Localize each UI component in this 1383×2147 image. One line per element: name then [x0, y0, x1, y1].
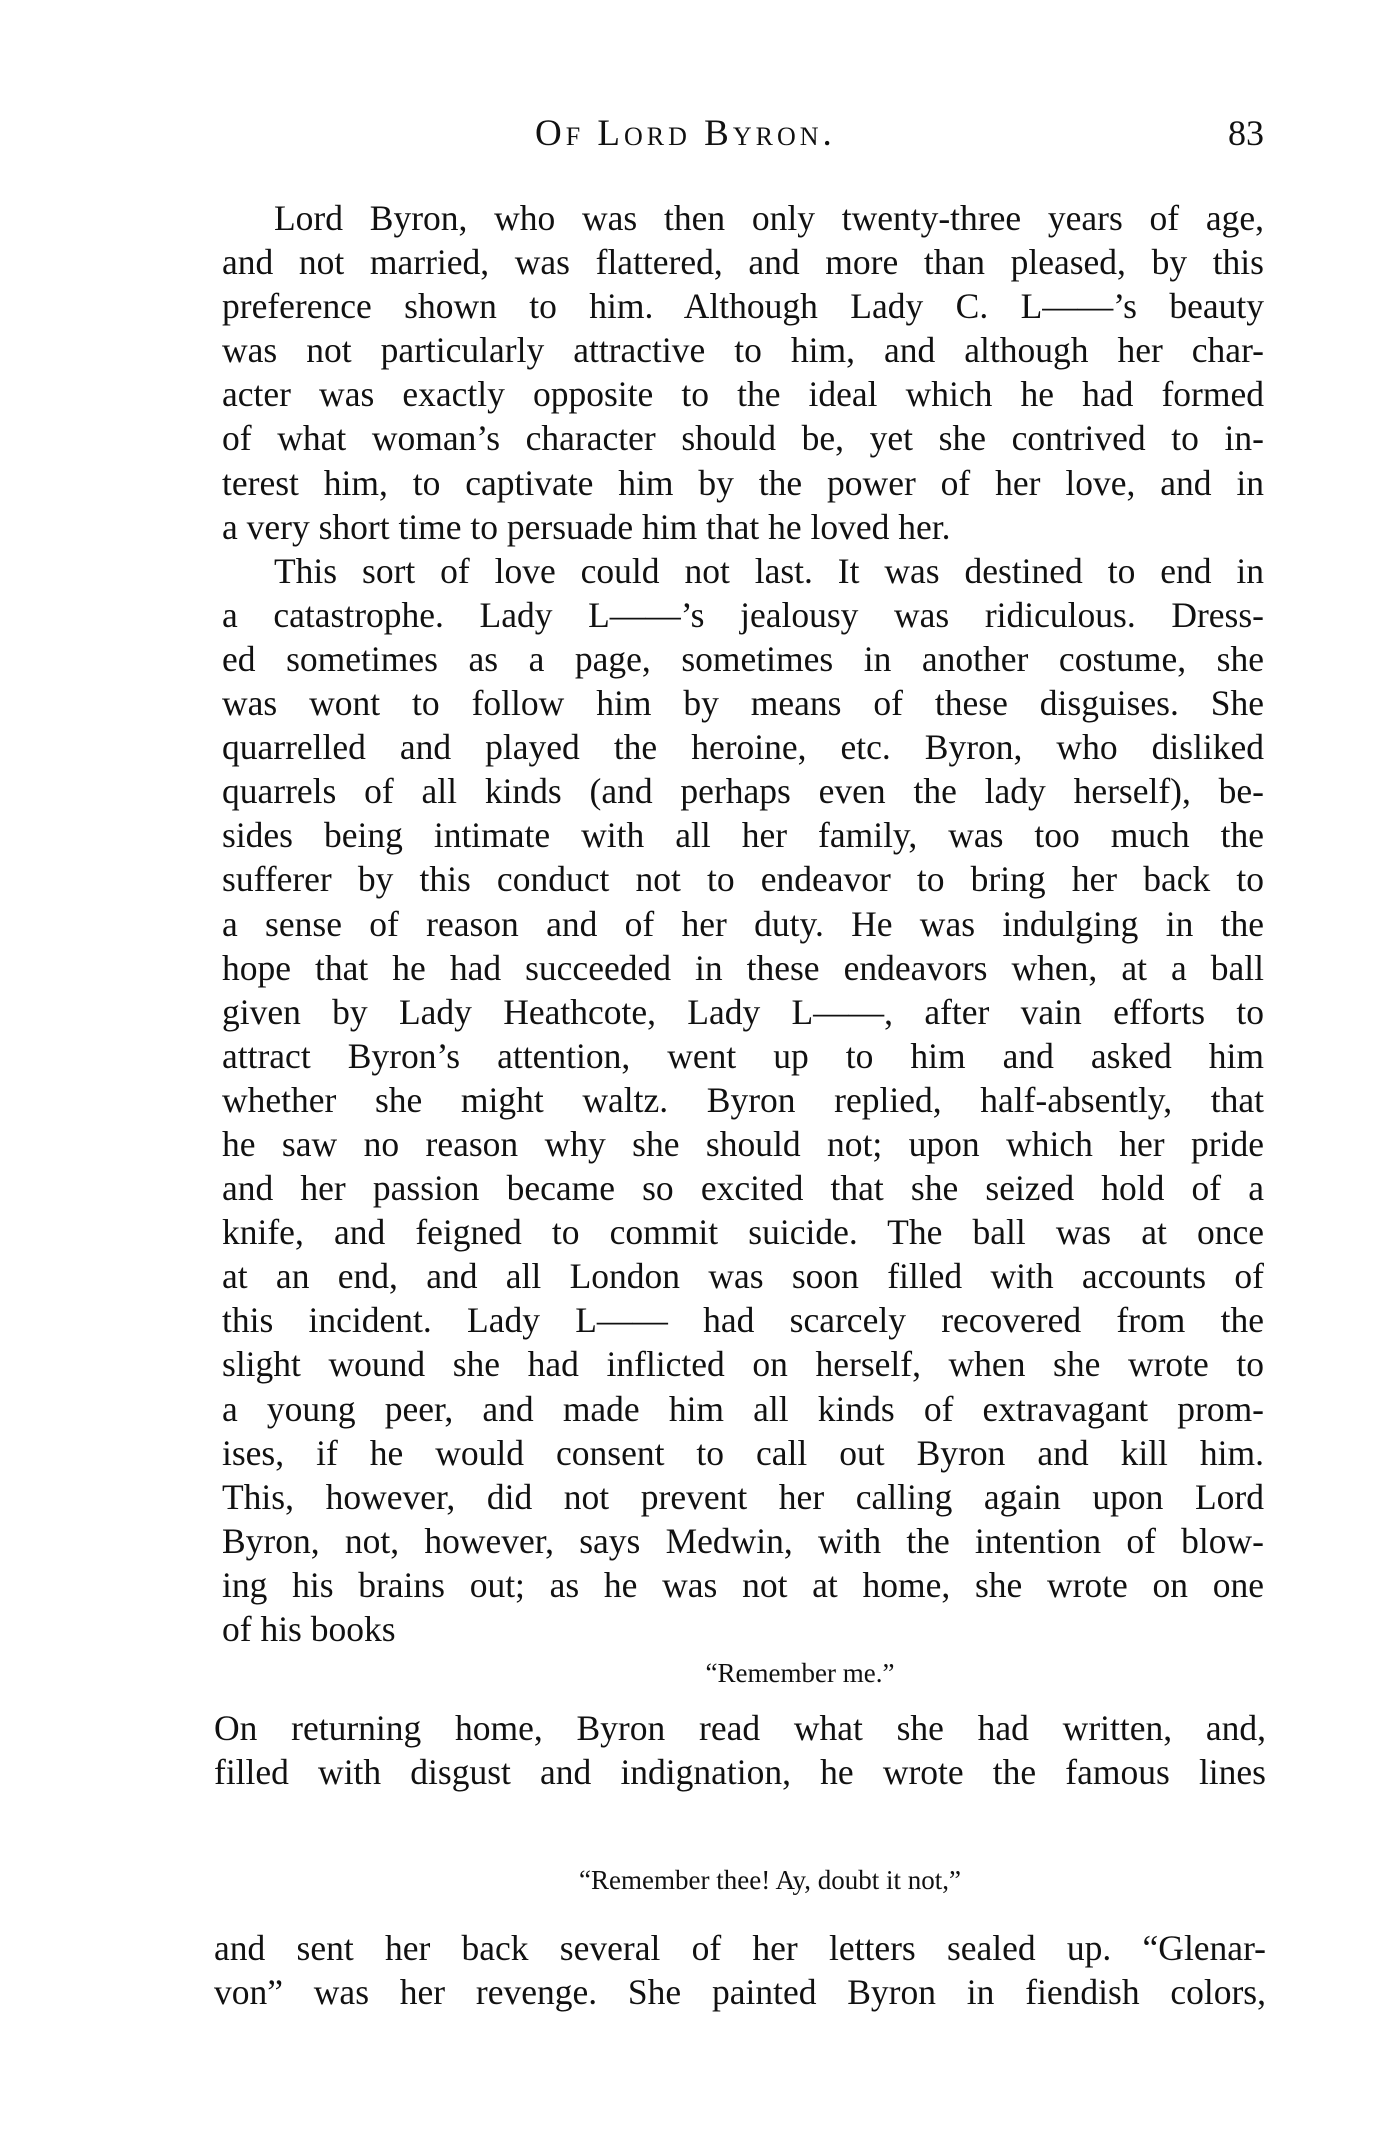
- paragraph-2: This sort of love could not last. It was…: [222, 549, 1264, 1651]
- page-header: Of Lord Byron. 83: [0, 112, 1383, 172]
- text-line: Lord Byron, who was then only twenty-thr…: [222, 196, 1264, 240]
- text-line: this incident. Lady L—— had scarcely rec…: [222, 1298, 1264, 1342]
- text-line: This, however, did not prevent her calli…: [222, 1475, 1264, 1519]
- text-line: attract Byron’s attention, went up to hi…: [222, 1034, 1264, 1078]
- text-line: a catastrophe. Lady L——’s jealousy was r…: [222, 593, 1264, 637]
- text-line: hope that he had succeeded in these ende…: [222, 946, 1264, 990]
- text-line: whether she might waltz. Byron replied, …: [222, 1078, 1264, 1122]
- text-line: knife, and feigned to commit suicide. Th…: [222, 1210, 1264, 1254]
- text-line: ed sometimes as a page, sometimes in ano…: [222, 637, 1264, 681]
- text-line: quarrelled and played the heroine, etc. …: [222, 725, 1264, 769]
- text-line: sides being intimate with all her family…: [222, 813, 1264, 857]
- text-line: at an end, and all London was soon fille…: [222, 1254, 1264, 1298]
- text-line: was not particularly attractive to him, …: [222, 328, 1264, 372]
- paragraph-1: Lord Byron, who was then only twenty-thr…: [222, 196, 1264, 549]
- text-line: ing his brains out; as he was not at hom…: [222, 1563, 1264, 1607]
- text-line: slight wound she had inflicted on hersel…: [222, 1342, 1264, 1386]
- page-number: 83: [1228, 112, 1264, 154]
- text-line: Byron, not, however, says Medwin, with t…: [222, 1519, 1264, 1563]
- text-line: of his books: [222, 1607, 1264, 1651]
- text-line: von” was her revenge. She painted Byron …: [214, 1970, 1266, 2014]
- text-line: This sort of love could not last. It was…: [222, 549, 1264, 593]
- text-line: given by Lady Heathcote, Lady L——, after…: [222, 990, 1264, 1034]
- running-title: Of Lord Byron.: [535, 112, 836, 155]
- text-line: a young peer, and made him all kinds of …: [222, 1387, 1264, 1431]
- text-line: filled with disgust and indignation, he …: [214, 1750, 1266, 1794]
- text-line: was wont to follow him by means of these…: [222, 681, 1264, 725]
- text-line: On returning home, Byron read what she h…: [214, 1706, 1266, 1750]
- text-line: a very short time to persuade him that h…: [222, 505, 1264, 549]
- quotation-remember-thee: “Remember thee! Ay, doubt it not,”: [470, 1865, 1070, 1896]
- text-line: he saw no reason why she should not; upo…: [222, 1122, 1264, 1166]
- text-line: ises, if he would consent to call out By…: [222, 1431, 1264, 1475]
- text-line: of what woman’s character should be, yet…: [222, 416, 1264, 460]
- body-text: Lord Byron, who was then only twenty-thr…: [222, 196, 1264, 1651]
- quotation-remember-me: “Remember me.”: [600, 1658, 1000, 1689]
- text-line: acter was exactly opposite to the ideal …: [222, 372, 1264, 416]
- text-line: and not married, was flattered, and more…: [222, 240, 1264, 284]
- paragraph-4: and sent her back several of her letters…: [214, 1926, 1266, 2014]
- text-line: sufferer by this conduct not to endeavor…: [222, 857, 1264, 901]
- text-line: and her passion became so excited that s…: [222, 1166, 1264, 1210]
- text-line: and sent her back several of her letters…: [214, 1926, 1266, 1970]
- text-line: a sense of reason and of her duty. He wa…: [222, 902, 1264, 946]
- text-line: quarrels of all kinds (and perhaps even …: [222, 769, 1264, 813]
- text-line: terest him, to captivate him by the powe…: [222, 461, 1264, 505]
- paragraph-3: On returning home, Byron read what she h…: [214, 1706, 1266, 1794]
- text-line: preference shown to him. Although Lady C…: [222, 284, 1264, 328]
